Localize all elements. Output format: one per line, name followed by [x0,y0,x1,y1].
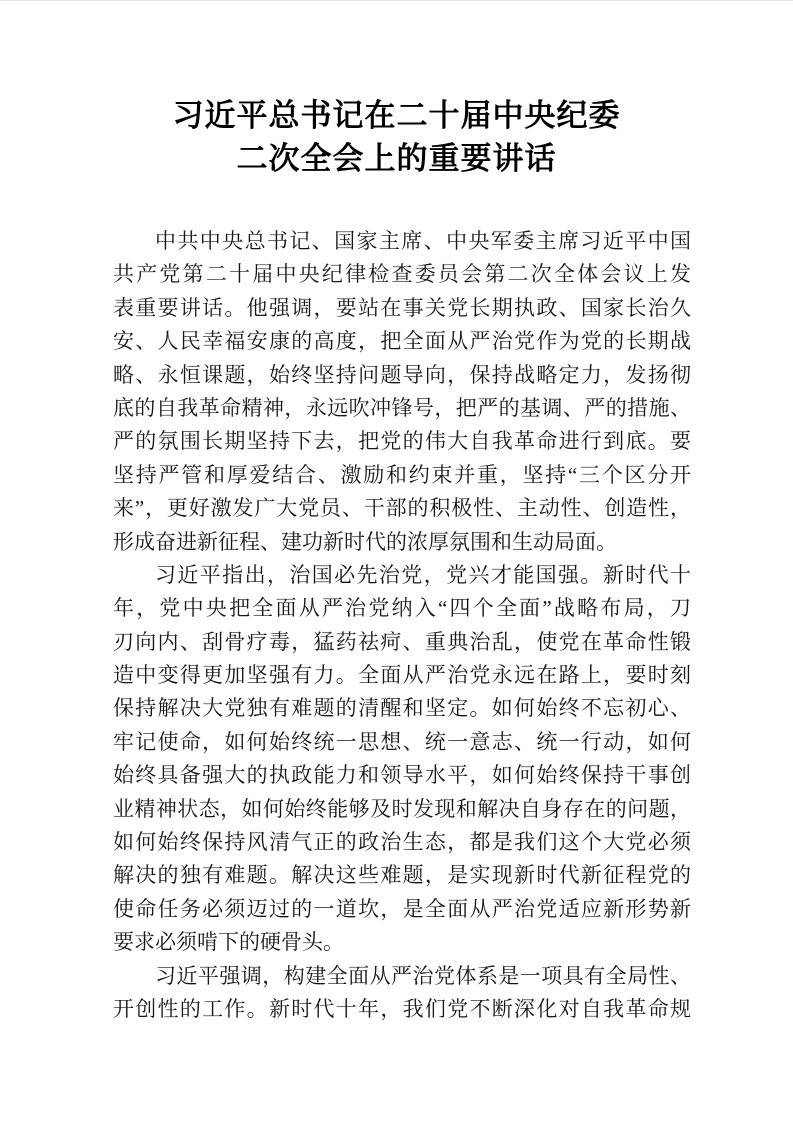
body-line: 始终具备强大的执政能力和领导水平，如何始终保持干事创 [113,759,691,792]
body-line: 习近平强调，构建全面从严治党体系是一项具有全局性、 [113,960,691,993]
body-line: 中共中央总书记、国家主席、中央军委主席习近平中国 [113,225,691,258]
body-line: 来”，更好激发广大党员、干部的积极性、主动性、创造性， [113,492,691,525]
body-line: 造中变得更加坚强有力。全面从严治党永远在路上，要时刻 [113,659,691,692]
body-line: 略、永恒课题，始终坚持问题导向，保持战略定力，发扬彻 [113,359,691,392]
body-line: 严的氛围长期坚持下去，把党的伟大自我革命进行到底。要 [113,425,691,458]
document-page: 习近平总书记在二十届中央纪委 二次全会上的重要讲话 中共中央总书记、国家主席、中… [0,0,793,1122]
body-line: 解决的独有难题。解决这些难题，是实现新时代新征程党的 [113,859,691,892]
body-line: 刃向内、刮骨疗毒，猛药祛疴、重典治乱，使党在革命性锻 [113,626,691,659]
body-line: 安、人民幸福安康的高度，把全面从严治党作为党的长期战 [113,325,691,358]
body-line: 年，党中央把全面从严治党纳入“四个全面”战略布局，刀 [113,592,691,625]
paragraph-1: 中共中央总书记、国家主席、中央军委主席习近平中国 共产党第二十届中央纪律检查委员… [113,225,691,559]
document-title: 习近平总书记在二十届中央纪委 二次全会上的重要讲话 [0,94,793,180]
body-line: 开创性的工作。新时代十年，我们党不断深化对自我革命规 [113,993,691,1026]
title-line-1: 习近平总书记在二十届中央纪委 [0,94,793,137]
body-line: 坚持严管和厚爱结合、激励和约束并重，坚持“三个区分开 [113,459,691,492]
title-line-2: 二次全会上的重要讲话 [0,137,793,180]
body-line: 业精神状态，如何始终能够及时发现和解决自身存在的问题， [113,793,691,826]
document-body: 中共中央总书记、国家主席、中央军委主席习近平中国 共产党第二十届中央纪律检查委员… [113,225,691,1026]
body-line: 底的自我革命精神，永远吹冲锋号，把严的基调、严的措施、 [113,392,691,425]
paragraph-3: 习近平强调，构建全面从严治党体系是一项具有全局性、 开创性的工作。新时代十年，我… [113,960,691,1027]
body-line: 保持解决大党独有难题的清醒和坚定。如何始终不忘初心、 [113,692,691,725]
body-line: 形成奋进新征程、建功新时代的浓厚氛围和生动局面。 [113,526,691,559]
body-line: 表重要讲话。他强调，要站在事关党长期执政、国家长治久 [113,292,691,325]
paragraph-2: 习近平指出，治国必先治党，党兴才能国强。新时代十 年，党中央把全面从严治党纳入“… [113,559,691,960]
body-line: 如何始终保持风清气正的政治生态，都是我们这个大党必须 [113,826,691,859]
body-line: 习近平指出，治国必先治党，党兴才能国强。新时代十 [113,559,691,592]
body-line: 使命任务必须迈过的一道坎，是全面从严治党适应新形势新 [113,893,691,926]
body-line: 要求必须啃下的硬骨头。 [113,926,691,959]
body-line: 牢记使命，如何始终统一思想、统一意志、统一行动，如何 [113,726,691,759]
body-line: 共产党第二十届中央纪律检查委员会第二次全体会议上发 [113,258,691,291]
